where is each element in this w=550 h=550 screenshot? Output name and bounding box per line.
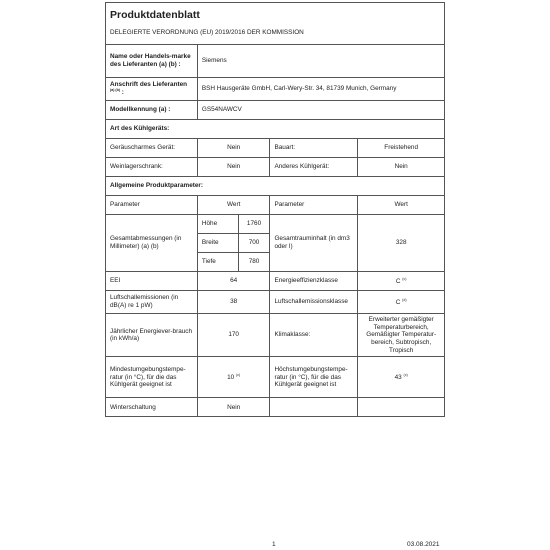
eei-value: 64 xyxy=(197,272,270,291)
efficiency-class-value: C (c) xyxy=(358,272,445,291)
dim-width-value: 700 xyxy=(238,234,270,253)
efficiency-class-label: Energieeffizienzklasse xyxy=(270,272,358,291)
noise-class-label: Luftschallemissionsklasse xyxy=(270,291,358,314)
regulation-subtitle: DELEGIERTE VERORDNUNG (EU) 2019/2016 DER… xyxy=(106,25,445,45)
max-temp-value: 43 (c) xyxy=(358,357,445,398)
type-value-2: Freistehend xyxy=(358,139,445,158)
volume-value: 328 xyxy=(358,215,445,272)
climate-class-label: Klimaklasse: xyxy=(270,314,358,357)
max-temp-label: Höchstumgebungstempe-ratur (in °C), für … xyxy=(270,357,358,398)
col-header-value: Wert xyxy=(197,196,270,215)
type-param-3: Weinlagerschrank: xyxy=(106,158,198,177)
type-param-2: Bauart: xyxy=(270,139,358,158)
winter-switch-label: Winterschaltung xyxy=(106,398,198,417)
section-general-params: Allgemeine Produktparameter: xyxy=(106,177,445,196)
model-label: Modellkennung (a) : xyxy=(106,101,198,120)
document-date: 03.08.2021 xyxy=(407,541,440,548)
volume-label: Gesamtrauminhalt (in dm3 oder l) xyxy=(270,215,358,272)
supplier-name-label: Name oder Handels-marke des Lieferanten … xyxy=(106,45,198,78)
section-appliance-type: Art des Kühlgeräts: xyxy=(106,120,445,139)
supplier-name-value: Siemens xyxy=(197,45,444,78)
dimensions-label: Gesamtabmessungen (in Millimeter) (a) (b… xyxy=(106,215,198,272)
min-temp-value: 10 (c) xyxy=(197,357,270,398)
dim-depth-value: 780 xyxy=(238,253,270,272)
model-value: GS54NAWCV xyxy=(197,101,444,120)
empty-cell xyxy=(270,398,358,417)
supplier-address-label: Anschrift des Lieferanten(a) (b) : xyxy=(106,78,198,101)
page-number: 1 xyxy=(272,541,276,548)
empty-cell xyxy=(358,398,445,417)
eei-label: EEI xyxy=(106,272,198,291)
type-value-1: Nein xyxy=(197,139,270,158)
noise-value: 38 xyxy=(197,291,270,314)
noise-label: Luftschallemissionen (in dB(A) re 1 pW) xyxy=(106,291,198,314)
product-data-sheet: Produktdatenblatt DELEGIERTE VERORDNUNG … xyxy=(105,2,445,417)
dim-height-label: Höhe xyxy=(197,215,238,234)
dim-height-value: 1760 xyxy=(238,215,270,234)
col-header-value-2: Wert xyxy=(358,196,445,215)
col-header-param: Parameter xyxy=(106,196,198,215)
dim-width-label: Breite xyxy=(197,234,238,253)
dim-depth-label: Tiefe xyxy=(197,253,238,272)
energy-consumption-label: Jährlicher Energiever-brauch (in kWh/a) xyxy=(106,314,198,357)
type-value-4: Nein xyxy=(358,158,445,177)
col-header-param-2: Parameter xyxy=(270,196,358,215)
type-value-3: Nein xyxy=(197,158,270,177)
supplier-address-value: BSH Hausgeräte GmbH, Carl-Wery-Str. 34, … xyxy=(197,78,444,101)
type-param-1: Geräuscharmes Gerät: xyxy=(106,139,198,158)
winter-switch-value: Nein xyxy=(197,398,270,417)
energy-consumption-value: 170 xyxy=(197,314,270,357)
climate-class-value: Erweiterter gemäßigter Temperaturbereich… xyxy=(358,314,445,357)
noise-class-value: C (d) xyxy=(358,291,445,314)
page-title: Produktdatenblatt xyxy=(106,3,445,26)
type-param-4: Anderes Kühlgerät: xyxy=(270,158,358,177)
min-temp-label: Mindestumgebungstempe-ratur (in °C), für… xyxy=(106,357,198,398)
